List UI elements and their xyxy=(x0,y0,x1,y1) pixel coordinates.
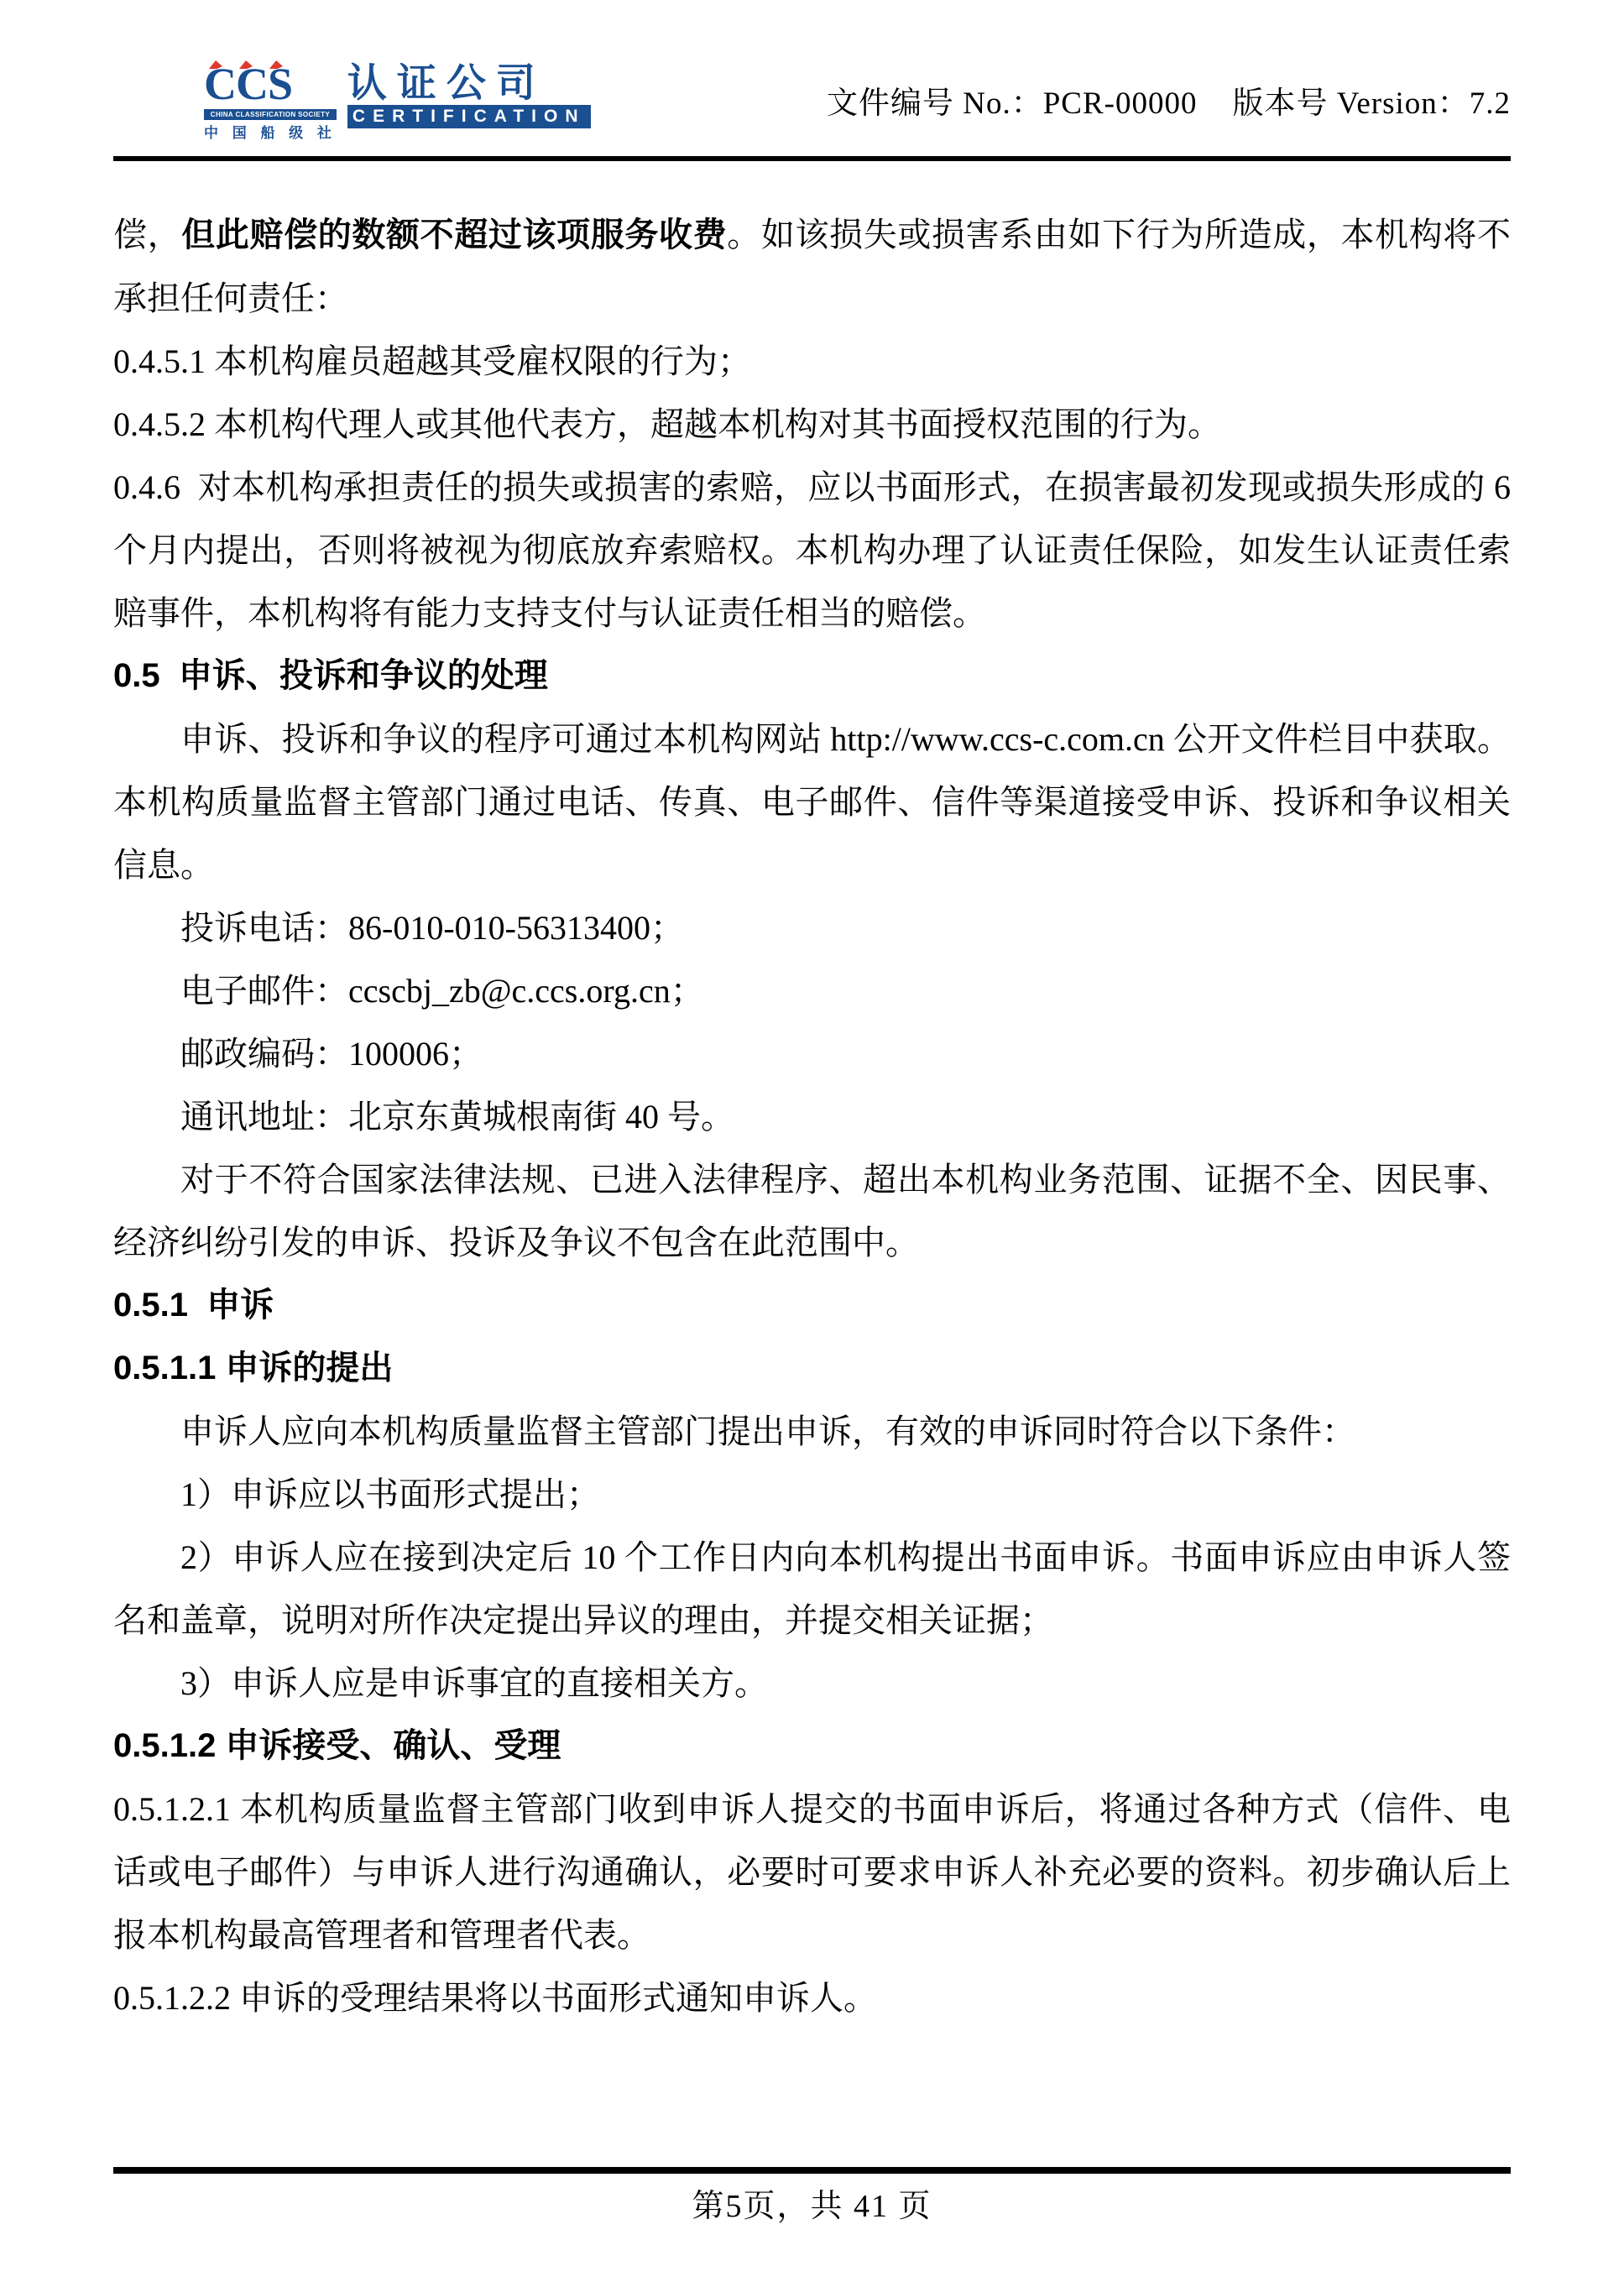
clause-0452: 0.4.5.2 本机构代理人或其他代表方，超越本机构对其书面授权范围的行为。 xyxy=(113,393,1511,456)
paragraph-exclusions: 对于不符合国家法律法规、已进入法律程序、超出本机构业务范围、证据不全、因民事、经… xyxy=(113,1148,1511,1274)
doc-version: 版本号 Version：7.2 xyxy=(1232,77,1511,123)
clause-05121: 0.5.1.2.1 本机构质量监督主管部门收到申诉人提交的书面申诉后，将通过各种… xyxy=(113,1778,1511,1966)
page-indicator: 第5页，共 41 页 xyxy=(0,2184,1624,2230)
ccs-logo-right: 认证公司 CERTIFICATION xyxy=(347,64,591,128)
heading-0-5-1-2: 0.5.1.2 申诉接受、确认、受理 xyxy=(113,1715,1511,1778)
heading-0-5-1: 0.5.1 申诉 xyxy=(113,1274,1511,1337)
appeal-condition-item-3: 3）申诉人应是申诉事宜的直接相关方。 xyxy=(113,1652,1511,1715)
certification-banner: CERTIFICATION xyxy=(347,105,591,128)
paragraph-carryover: 偿，但此赔偿的数额不超过该项服务收费。如该损失或损害系由如下行为所造成，本机构将… xyxy=(113,203,1511,330)
contact-postcode-line: 邮政编码：100006； xyxy=(113,1022,1511,1085)
clause-046: 0.4.6 对本机构承担责任的损失或损害的索赔，应以书面形式，在损害最初发现或损… xyxy=(113,456,1511,645)
society-name-cn: 中 国 船 级 社 xyxy=(204,121,337,142)
paragraph-complaint-channels: 申诉、投诉和争议的程序可通过本机构网站 http://www.ccs-c.com… xyxy=(113,708,1511,896)
header-divider xyxy=(113,156,1511,161)
document-meta: 文件编号 No.：PCR-00000 版本号 Version：7.2 xyxy=(827,77,1511,123)
ccs-acronym-block: CCS xyxy=(204,64,337,107)
carryover-prefix: 偿， xyxy=(113,216,181,253)
appeal-condition-item-2: 2）申诉人应在接到决定后 10 个工作日内向本机构提出书面申诉。书面申诉应由申诉… xyxy=(113,1526,1511,1652)
heading-0-5-1-1: 0.5.1.1 申诉的提出 xyxy=(113,1337,1511,1400)
clause-05122: 0.5.1.2.2 申诉的受理结果将以书面形式通知申诉人。 xyxy=(113,1966,1511,2029)
appeal-condition-item-1: 1）申诉应以书面形式提出； xyxy=(113,1463,1511,1526)
document-body: 偿，但此赔偿的数额不超过该项服务收费。如该损失或损害系由如下行为所造成，本机构将… xyxy=(113,203,1511,2029)
contact-phone-line: 投诉电话：86-010-010-56313400； xyxy=(113,896,1511,959)
document-page: CCS CHINA CLASSIFICATION SOCIETY 中 国 船 级… xyxy=(0,0,1624,2287)
ccs-logo-left: CCS CHINA CLASSIFICATION SOCIETY 中 国 船 级… xyxy=(204,64,337,142)
paragraph-appeal-conditions: 申诉人应向本机构质量监督主管部门提出申诉，有效的申诉同时符合以下条件： xyxy=(113,1400,1511,1463)
carryover-bold-segment: 但此赔偿的数额不超过该项服务收费 xyxy=(181,217,727,253)
contact-email-line: 电子邮件：ccscbj_zb@c.ccs.org.cn； xyxy=(113,959,1511,1022)
doc-number: 文件编号 No.：PCR-00000 xyxy=(827,77,1197,123)
heading-0-5: 0.5 申诉、投诉和争议的处理 xyxy=(113,645,1511,708)
society-name-en: CHINA CLASSIFICATION SOCIETY xyxy=(204,109,337,120)
contact-address-line: 通讯地址：北京东黄城根南街 40 号。 xyxy=(113,1085,1511,1148)
ccs-logo: CCS CHINA CLASSIFICATION SOCIETY 中 国 船 级… xyxy=(204,64,591,142)
clause-0451: 0.4.5.1 本机构雇员超越其受雇权限的行为； xyxy=(113,330,1511,393)
footer-divider xyxy=(113,2167,1511,2174)
company-name-cn: 认证公司 xyxy=(347,64,591,102)
